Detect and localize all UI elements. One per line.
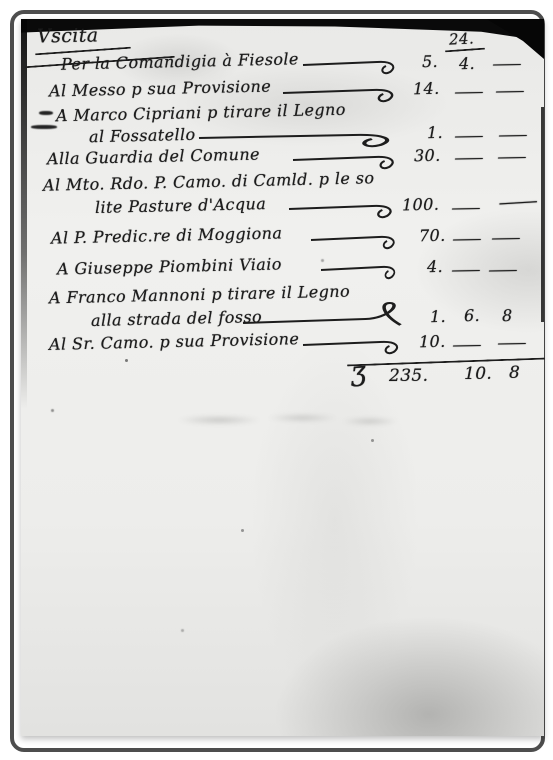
amount-lire: 10. (419, 332, 446, 351)
amount-denari: — (490, 228, 522, 248)
entry-flourish (311, 232, 399, 252)
entry-description-cont: alla strada del fosso (91, 307, 262, 330)
entry-description-cont: al Fossatello (89, 125, 196, 146)
entry-description: Per la Comandigia à Fiesole (61, 49, 299, 73)
total-soldi: 10. (464, 364, 492, 384)
bleedthrough-smudge (141, 407, 401, 433)
amount-denari: — (491, 54, 523, 74)
sum-symbol: Ʒ (350, 361, 368, 393)
entry-description-cont: lite Pasture d'Acqua (95, 194, 267, 217)
amount-lire: 1. (430, 307, 446, 326)
amount-denari: — (497, 125, 529, 145)
entry-flourish (243, 301, 411, 333)
amount-denari: — (496, 147, 528, 167)
amount-soldi: — (451, 229, 483, 249)
entry-description: Al P. Predic.re di Moggiona (51, 223, 283, 247)
margin-mark (31, 125, 57, 129)
entry-flourish (303, 57, 399, 77)
entry-description: A Giuseppe Piombini Viaio (57, 254, 282, 278)
amount-lire: 100. (402, 195, 440, 215)
amount-denari: — (487, 260, 519, 280)
amount-lire: 30. (414, 146, 441, 165)
page-left-edge (21, 19, 27, 409)
folio-number: 24. (449, 29, 475, 48)
amount-soldi: 6. (464, 306, 480, 325)
amount-soldi: — (450, 260, 482, 280)
amount-denari: — (496, 333, 528, 353)
manuscript-page: Vscita 24. Per la Comandigia à Fiesole 5… (21, 19, 544, 736)
amount-lire: 14. (413, 79, 440, 98)
amount-denari: 8 (502, 306, 513, 325)
amount-soldi: 4. (459, 54, 475, 73)
entry-description: Al Messo p sua Provisione (49, 76, 272, 100)
amount-soldi: — (451, 335, 483, 355)
amount-lire: 5. (422, 52, 438, 71)
entry-description: Alla Guardia del Comune (47, 145, 260, 169)
amount-lire: 4. (427, 257, 443, 276)
entry-description: Al Mto. Rdo. P. Camo. di Camld. p le so (43, 168, 375, 195)
total-lire: 235. (389, 366, 428, 386)
entry-flourish (303, 337, 403, 357)
scanned-document: Vscita 24. Per la Comandigia à Fiesole 5… (0, 0, 553, 760)
page-title: Vscita (37, 24, 99, 47)
entry-description: A Marco Cipriani p tirare il Legno (56, 100, 346, 126)
total-denari: 8 (509, 363, 520, 383)
amount-lire: 70. (419, 226, 446, 245)
entry-flourish (321, 262, 399, 282)
entry-flourish (289, 201, 397, 221)
entry-description: Al Sr. Camo. p sua Provisione (49, 329, 300, 354)
amount-denari: — (493, 191, 543, 212)
amount-soldi: — (453, 126, 485, 146)
amount-lire: 1. (427, 123, 443, 142)
amount-soldi: — (453, 82, 485, 102)
margin-mark (39, 111, 53, 115)
amount-denari: — (494, 81, 526, 101)
amount-soldi: — (453, 148, 485, 168)
page-right-edge (541, 107, 544, 322)
amount-soldi: — (450, 198, 482, 218)
